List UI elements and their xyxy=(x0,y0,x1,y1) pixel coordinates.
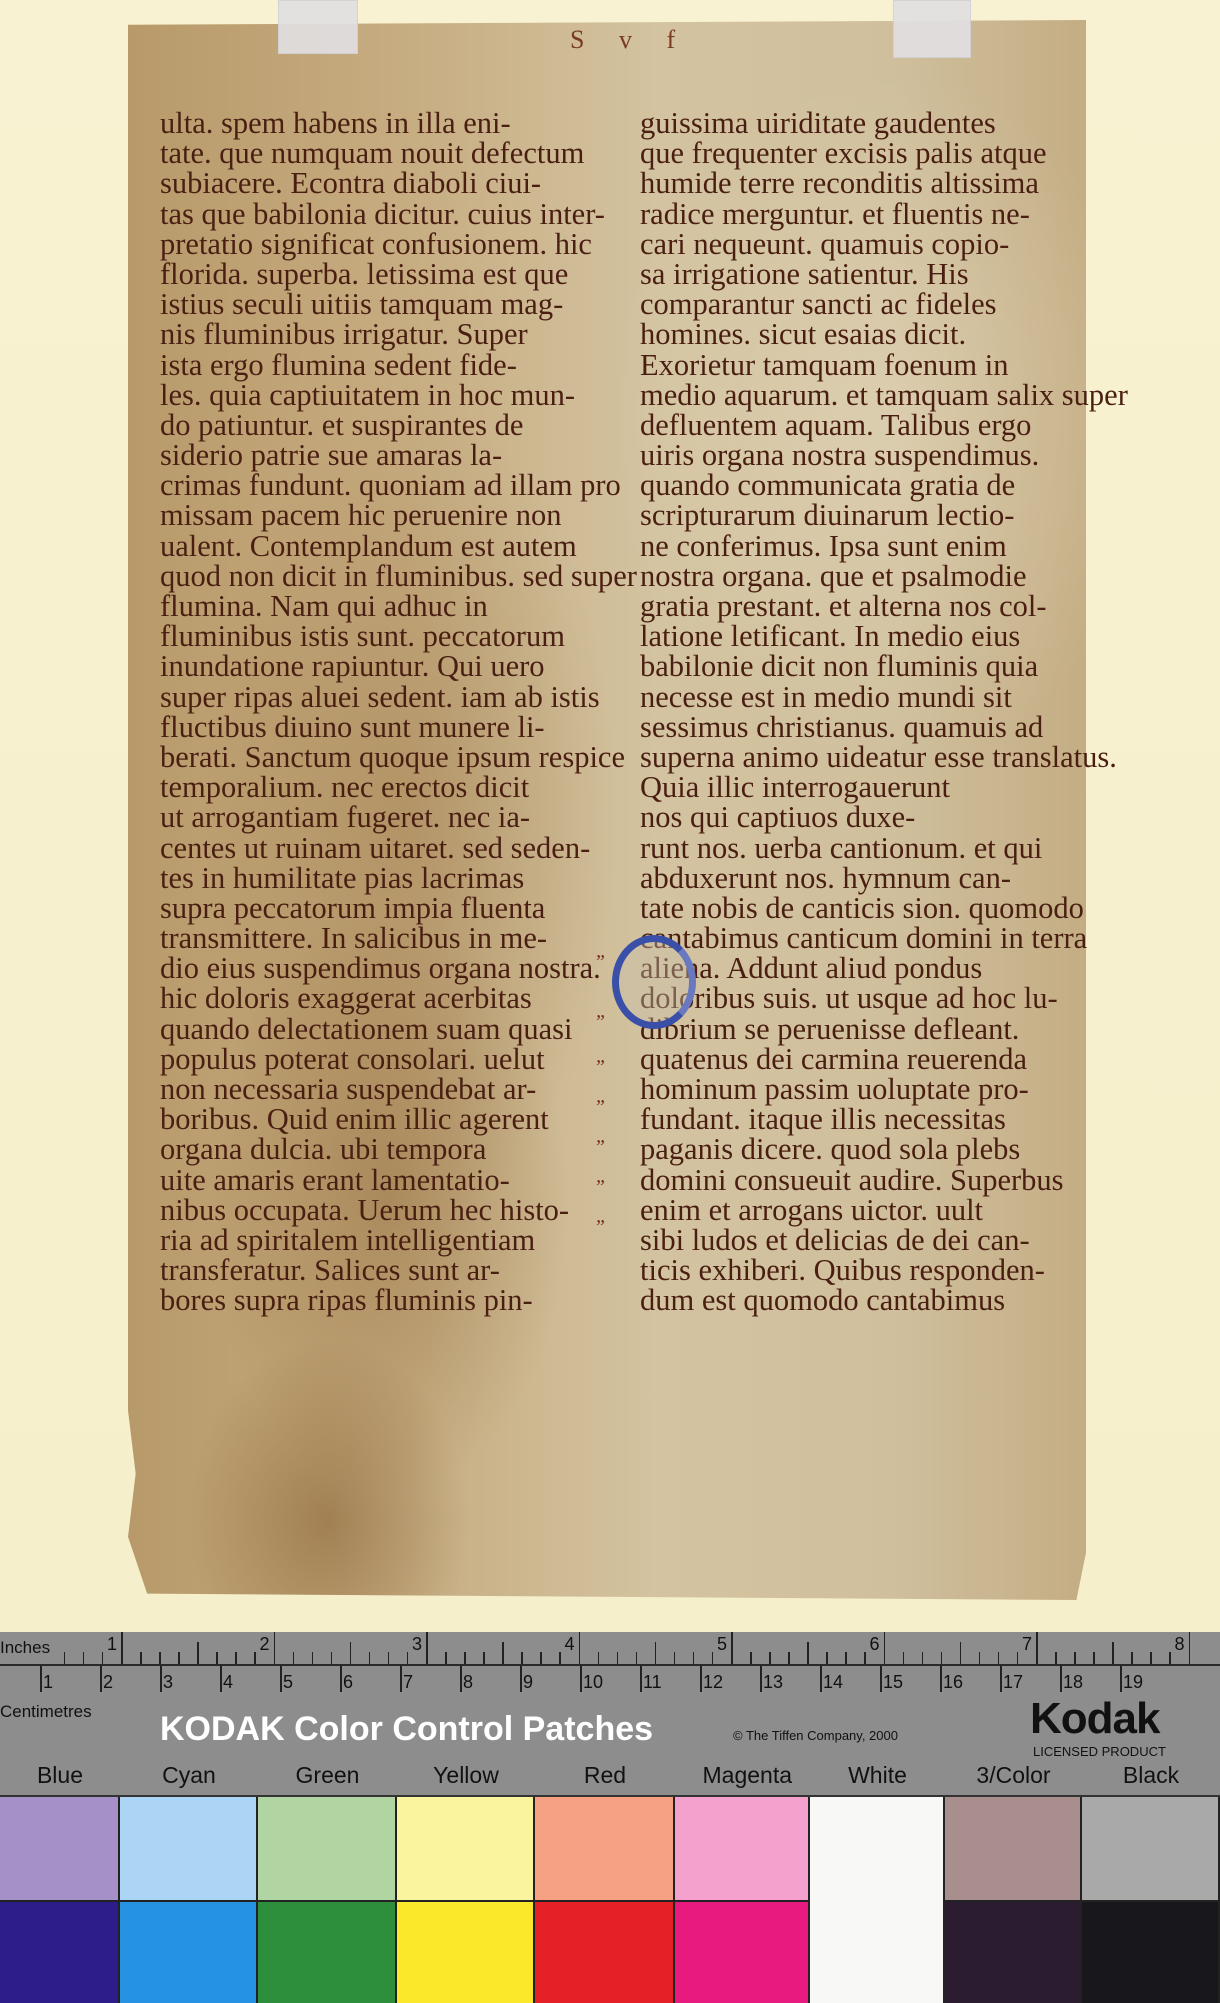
ruler-tick xyxy=(350,1642,352,1664)
manuscript-line: missam pacem hic peruenire non xyxy=(160,500,637,530)
manuscript-line: aliena. Addunt aliud pondus xyxy=(640,953,1128,983)
manuscript-line: medio aquarum. et tamquam salix super xyxy=(640,380,1128,410)
patch-light-white xyxy=(810,1797,945,1902)
manuscript-line: nibus occupata. Uerum hec histo- xyxy=(160,1195,637,1225)
manuscript-line: doloribus suis. ut usque ad hoc lu- xyxy=(640,983,1128,1013)
cm-number: 6 xyxy=(343,1672,353,1693)
ruler-tick xyxy=(1000,1666,1002,1692)
inches-label: Inches xyxy=(0,1638,50,1658)
cm-number: 17 xyxy=(1003,1672,1023,1693)
manuscript-line: berati. Sanctum quoque ipsum respice xyxy=(160,742,637,772)
centimetres-label: Centimetres xyxy=(0,1702,92,1722)
manuscript-line: sa irrigatione satientur. His xyxy=(640,259,1128,289)
manuscript-line: scripturarum diuinarum lectio- xyxy=(640,500,1128,530)
manuscript-line: paganis dicere. quod sola plebs xyxy=(640,1134,1128,1164)
manuscript-line: do patiuntur. et suspirantes de xyxy=(160,410,637,440)
patch-dark-3-color xyxy=(945,1902,1082,2003)
ruler-tick xyxy=(979,1652,981,1664)
manuscript-line: transferatur. Salices sunt ar- xyxy=(160,1255,637,1285)
manuscript-line: ria ad spiritalem intelligentiam xyxy=(160,1225,637,1255)
ruler-tick xyxy=(820,1666,822,1692)
ruler-tick xyxy=(340,1666,342,1692)
ruler-tick xyxy=(502,1642,504,1664)
inch-number: 3 xyxy=(412,1634,422,1655)
manuscript-line: tate. que numquam nouit defectum xyxy=(160,138,637,168)
manuscript-line: fluminibus istis sunt. peccatorum xyxy=(160,621,637,651)
manuscript-line: non necessaria suspendebat ar- xyxy=(160,1074,637,1104)
ruler-tick xyxy=(464,1652,466,1664)
ruler-tick xyxy=(712,1652,714,1664)
manuscript-line: sibi ludos et delicias de dei can- xyxy=(640,1225,1128,1255)
patch-dark-black xyxy=(1082,1902,1220,2003)
ruler-tick xyxy=(160,1666,162,1692)
patch-dark-blue xyxy=(0,1902,120,2003)
kodak-color-target: Inches 12345678 Centimetres 123456789101… xyxy=(0,1632,1220,2003)
ruler-tick xyxy=(483,1652,485,1664)
ruler-tick xyxy=(1150,1652,1152,1664)
ruler-tick xyxy=(1093,1652,1095,1664)
cm-number: 4 xyxy=(223,1672,233,1693)
inch-number: 8 xyxy=(1175,1634,1185,1655)
manuscript-line: quod non dicit in fluminibus. sed super xyxy=(160,561,637,591)
patch-dark-magenta xyxy=(675,1902,810,2003)
manuscript-line: supra peccatorum impia fluenta xyxy=(160,893,637,923)
ruler-tick xyxy=(880,1666,882,1692)
ruler-tick xyxy=(640,1666,642,1692)
ruler-tick xyxy=(1036,1632,1038,1664)
cm-number: 13 xyxy=(763,1672,783,1693)
ruler-tick xyxy=(940,1666,942,1692)
manuscript-line: transmittere. In salicibus in me- xyxy=(160,923,637,953)
margin-quote-mark: „ xyxy=(596,940,607,963)
ruler-tick xyxy=(1060,1666,1062,1692)
ruler-tick xyxy=(598,1652,600,1664)
margin-quote-mark: „ xyxy=(596,1045,607,1068)
ruler-tick xyxy=(1017,1652,1019,1664)
ruler-tick xyxy=(254,1652,256,1664)
cm-number: 15 xyxy=(883,1672,903,1693)
ruler-tick xyxy=(460,1666,462,1692)
patch-dark-yellow xyxy=(397,1902,535,2003)
ruler-tick xyxy=(579,1632,581,1664)
licensed-product: LICENSED PRODUCT xyxy=(1033,1744,1166,1759)
patch-label-red: Red xyxy=(565,1762,645,1789)
target-title: KODAK Color Control Patches xyxy=(160,1710,653,1749)
manuscript-line: tas que babilonia dicitur. cuius inter- xyxy=(160,199,637,229)
manuscript-line: fluctibus diuino sunt munere li- xyxy=(160,712,637,742)
ruler-tick xyxy=(760,1666,762,1692)
manuscript-line: florida. superba. letissima est que xyxy=(160,259,637,289)
ruler-tick xyxy=(197,1642,199,1664)
manuscript-line: bores supra ripas fluminis pin- xyxy=(160,1285,637,1315)
manuscript-line: runt nos. uerba cantionum. et qui xyxy=(640,833,1128,863)
margin-quote-mark: „ xyxy=(596,1165,607,1188)
patch-label-magenta: Magenta xyxy=(703,1762,783,1789)
inch-number: 7 xyxy=(1022,1634,1032,1655)
manuscript-line: domini consueuit audire. Superbus xyxy=(640,1165,1128,1195)
manuscript-line: les. quia captiuitatem in hoc mun- xyxy=(160,380,637,410)
ruler-tick xyxy=(1074,1652,1076,1664)
ruler-tick xyxy=(922,1652,924,1664)
ruler-tick xyxy=(845,1652,847,1664)
ruler-tick xyxy=(235,1652,237,1664)
manuscript-line: cantabimus canticum domini in terra xyxy=(640,923,1128,953)
patch-label-black: Black xyxy=(1111,1762,1191,1789)
manuscript-line: dio eius suspendimus organa nostra. xyxy=(160,953,637,983)
ruler-tick xyxy=(293,1652,295,1664)
ruler-tick xyxy=(64,1652,66,1664)
manuscript-line: ualent. Contemplandum est autem xyxy=(160,531,637,561)
manuscript-line: centes ut ruinam uitaret. sed seden- xyxy=(160,833,637,863)
inch-number: 4 xyxy=(565,1634,575,1655)
ruler-tick xyxy=(700,1666,702,1692)
margin-quote-mark: „ xyxy=(596,1205,607,1228)
patch-light-magenta xyxy=(675,1797,810,1902)
ruler-tick xyxy=(960,1642,962,1664)
manuscript-line: Quia illic interrogauerunt xyxy=(640,772,1128,802)
manuscript-line: ut arrogantiam fugeret. nec ia- xyxy=(160,802,637,832)
ruler-tick xyxy=(998,1652,1000,1664)
cm-number: 12 xyxy=(703,1672,723,1693)
kodak-logo: Kodak xyxy=(1030,1694,1159,1744)
ruler-tick xyxy=(559,1652,561,1664)
ruler-tick xyxy=(1120,1666,1122,1692)
ruler-tick xyxy=(520,1666,522,1692)
manuscript-line: quatenus dei carmina reuerenda xyxy=(640,1044,1128,1074)
ruler-tick xyxy=(693,1652,695,1664)
manuscript-line: quando communicata gratia de xyxy=(640,470,1128,500)
cm-number: 18 xyxy=(1063,1672,1083,1693)
ruler-tick xyxy=(159,1652,161,1664)
manuscript-line: populus poterat consolari. uelut xyxy=(160,1044,637,1074)
ruler-tick xyxy=(941,1652,943,1664)
cm-number: 19 xyxy=(1123,1672,1143,1693)
ruler-tick xyxy=(216,1652,218,1664)
patch-label-yellow: Yellow xyxy=(426,1762,506,1789)
manuscript-line: sessimus christianus. quamuis ad xyxy=(640,712,1128,742)
ruler-tick xyxy=(400,1666,402,1692)
color-patches xyxy=(0,1795,1220,2003)
ruler-tick xyxy=(83,1652,85,1664)
ruler-tick xyxy=(864,1652,866,1664)
manuscript-line: istius seculi uitiis tamquam mag- xyxy=(160,289,637,319)
ruler-tick xyxy=(636,1652,638,1664)
ruler-tick xyxy=(1189,1632,1191,1664)
ruler-tick xyxy=(580,1666,582,1692)
manuscript-line: uiris organa nostra suspendimus. xyxy=(640,440,1128,470)
patch-label-3-color: 3/Color xyxy=(974,1762,1054,1789)
manuscript-line: superna animo uideatur esse translatus. xyxy=(640,742,1128,772)
ruler-tick xyxy=(140,1652,142,1664)
blue-initial-q xyxy=(612,935,696,1029)
ruler-tick xyxy=(769,1652,771,1664)
manuscript-line: temporalium. nec erectos dicit xyxy=(160,772,637,802)
ruler-tick xyxy=(426,1632,428,1664)
ruler-tick xyxy=(1131,1652,1133,1664)
inch-ruler: Inches 12345678 xyxy=(0,1632,1220,1666)
ruler-tick xyxy=(540,1652,542,1664)
patch-light-3-color xyxy=(945,1797,1082,1902)
ruler-tick xyxy=(407,1652,409,1664)
margin-quote-mark: „ xyxy=(596,1085,607,1108)
ruler-tick xyxy=(807,1642,809,1664)
patch-dark-red xyxy=(535,1902,675,2003)
patch-light-cyan xyxy=(120,1797,258,1902)
cm-number: 10 xyxy=(583,1672,603,1693)
manuscript-line: gratia prestant. et alterna nos col- xyxy=(640,591,1128,621)
ruler-tick xyxy=(903,1652,905,1664)
ruler-tick xyxy=(274,1632,276,1664)
manuscript-line: crimas fundunt. quoniam ad illam pro xyxy=(160,470,637,500)
manuscript-line: enim et arrogans uictor. uult xyxy=(640,1195,1128,1225)
patch-light-black xyxy=(1082,1797,1220,1902)
manuscript-line: tate nobis de canticis sion. quomodo xyxy=(640,893,1128,923)
cm-number: 5 xyxy=(283,1672,293,1693)
cm-number: 16 xyxy=(943,1672,963,1693)
margin-quote-mark: „ xyxy=(596,1125,607,1148)
cm-number: 3 xyxy=(163,1672,173,1693)
manuscript-line: uite amaris erant lamentatio- xyxy=(160,1165,637,1195)
patch-dark-green xyxy=(258,1902,397,2003)
manuscript-line: cari nequeunt. quamuis copio- xyxy=(640,229,1128,259)
cm-number: 7 xyxy=(403,1672,413,1693)
manuscript-line: guissima uiriditate gaudentes xyxy=(640,108,1128,138)
margin-quote-mark: „ xyxy=(596,1000,607,1023)
manuscript-line: dibrium se peruenisse defleant. xyxy=(640,1014,1128,1044)
ruler-tick xyxy=(40,1666,42,1692)
manuscript-line: tes in humilitate pias lacrimas xyxy=(160,863,637,893)
text-column-left: ulta. spem habens in illa eni-tate. que … xyxy=(160,108,637,1316)
inch-number: 2 xyxy=(260,1634,270,1655)
ruler-tick xyxy=(388,1652,390,1664)
manuscript-line: ne conferimus. Ipsa sunt enim xyxy=(640,531,1128,561)
manuscript-line: ticis exhiberi. Quibus responden- xyxy=(640,1255,1128,1285)
patch-light-green xyxy=(258,1797,397,1902)
patch-labels: BlueCyanGreenYellowRedMagentaWhite3/Colo… xyxy=(0,1760,1220,1794)
ruler-tick xyxy=(1055,1652,1057,1664)
manuscript-line: Exorietur tamquam foenum in xyxy=(640,350,1128,380)
ruler-tick xyxy=(121,1632,123,1664)
manuscript-line: flumina. Nam qui adhuc in xyxy=(160,591,637,621)
inch-number: 6 xyxy=(870,1634,880,1655)
ruler-tick xyxy=(312,1652,314,1664)
manuscript-line: abduxerunt nos. hymnum can- xyxy=(640,863,1128,893)
ruler-tick xyxy=(884,1632,886,1664)
manuscript-line: super ripas aluei sedent. iam ab istis xyxy=(160,682,637,712)
manuscript-line: ulta. spem habens in illa eni- xyxy=(160,108,637,138)
cm-number: 11 xyxy=(643,1672,662,1693)
ruler-tick xyxy=(178,1652,180,1664)
ruler-tick xyxy=(1169,1652,1171,1664)
patch-label-cyan: Cyan xyxy=(149,1762,229,1789)
ruler-tick xyxy=(617,1652,619,1664)
tape-strip-right xyxy=(893,0,971,58)
manuscript-line: babilonie dicit non fluminis quia xyxy=(640,651,1128,681)
ruler-tick xyxy=(1112,1642,1114,1664)
patch-label-green: Green xyxy=(288,1762,368,1789)
manuscript-line: radice merguntur. et fluentis ne- xyxy=(640,199,1128,229)
manuscript-line: nostra organa. que et psalmodie xyxy=(640,561,1128,591)
patch-light-red xyxy=(535,1797,675,1902)
ruler-tick xyxy=(674,1652,676,1664)
folio-mark: S v f xyxy=(570,25,689,55)
manuscript-line: homines. sicut esaias dicit. xyxy=(640,319,1128,349)
manuscript-line: quando delectationem suam quasi xyxy=(160,1014,637,1044)
ruler-tick xyxy=(655,1642,657,1664)
patch-label-white: White xyxy=(838,1762,918,1789)
manuscript-line: humide terre reconditis altissima xyxy=(640,168,1128,198)
ruler-tick xyxy=(731,1632,733,1664)
patch-label-blue: Blue xyxy=(20,1762,100,1789)
manuscript-line: necesse est in medio mundi sit xyxy=(640,682,1128,712)
cm-number: 2 xyxy=(103,1672,113,1693)
inch-number: 5 xyxy=(717,1634,727,1655)
ruler-tick xyxy=(220,1666,222,1692)
tape-strip-left xyxy=(278,0,358,54)
ruler-tick xyxy=(788,1652,790,1664)
inch-number: 1 xyxy=(107,1634,117,1655)
manuscript-line: que frequenter excisis palis atque xyxy=(640,138,1128,168)
cm-number: 9 xyxy=(523,1672,533,1693)
manuscript-line: dum est quomodo cantabimus xyxy=(640,1285,1128,1315)
manuscript-line: boribus. Quid enim illic agerent xyxy=(160,1104,637,1134)
manuscript-line: siderio patrie sue amaras la- xyxy=(160,440,637,470)
ruler-tick xyxy=(445,1652,447,1664)
patch-light-yellow xyxy=(397,1797,535,1902)
ruler-tick xyxy=(331,1652,333,1664)
manuscript-line: nos qui captiuos duxe- xyxy=(640,802,1128,832)
ruler-tick xyxy=(826,1652,828,1664)
copyright: © The Tiffen Company, 2000 xyxy=(733,1728,898,1743)
patch-light-blue xyxy=(0,1797,120,1902)
ruler-tick xyxy=(521,1652,523,1664)
patch-dark-white xyxy=(810,1902,945,2003)
ruler-tick xyxy=(100,1666,102,1692)
text-column-right: guissima uiriditate gaudentesque frequen… xyxy=(640,108,1128,1316)
cm-number: 14 xyxy=(823,1672,843,1693)
patch-dark-cyan xyxy=(120,1902,258,2003)
ruler-tick xyxy=(369,1652,371,1664)
manuscript-line: hic doloris exaggerat acerbitas xyxy=(160,983,637,1013)
ruler-tick xyxy=(750,1652,752,1664)
cm-number: 1 xyxy=(43,1672,53,1693)
manuscript-line: comparantur sancti ac fideles xyxy=(640,289,1128,319)
manuscript-line: hominum passim uoluptate pro- xyxy=(640,1074,1128,1104)
manuscript-line: defluentem aquam. Talibus ergo xyxy=(640,410,1128,440)
manuscript-line: ista ergo flumina sedent fide- xyxy=(160,350,637,380)
manuscript-line: latione letificant. In medio eius xyxy=(640,621,1128,651)
manuscript-line: nis fluminibus irrigatur. Super xyxy=(160,319,637,349)
manuscript-line: pretatio significat confusionem. hic xyxy=(160,229,637,259)
ruler-tick xyxy=(102,1652,104,1664)
manuscript-line: subiacere. Econtra diaboli ciui- xyxy=(160,168,637,198)
ruler-tick xyxy=(280,1666,282,1692)
cm-number: 8 xyxy=(463,1672,473,1693)
manuscript-line: fundant. itaque illis necessitas xyxy=(640,1104,1128,1134)
manuscript-line: organa dulcia. ubi tempora xyxy=(160,1134,637,1164)
manuscript-line: inundatione rapiuntur. Qui uero xyxy=(160,651,637,681)
